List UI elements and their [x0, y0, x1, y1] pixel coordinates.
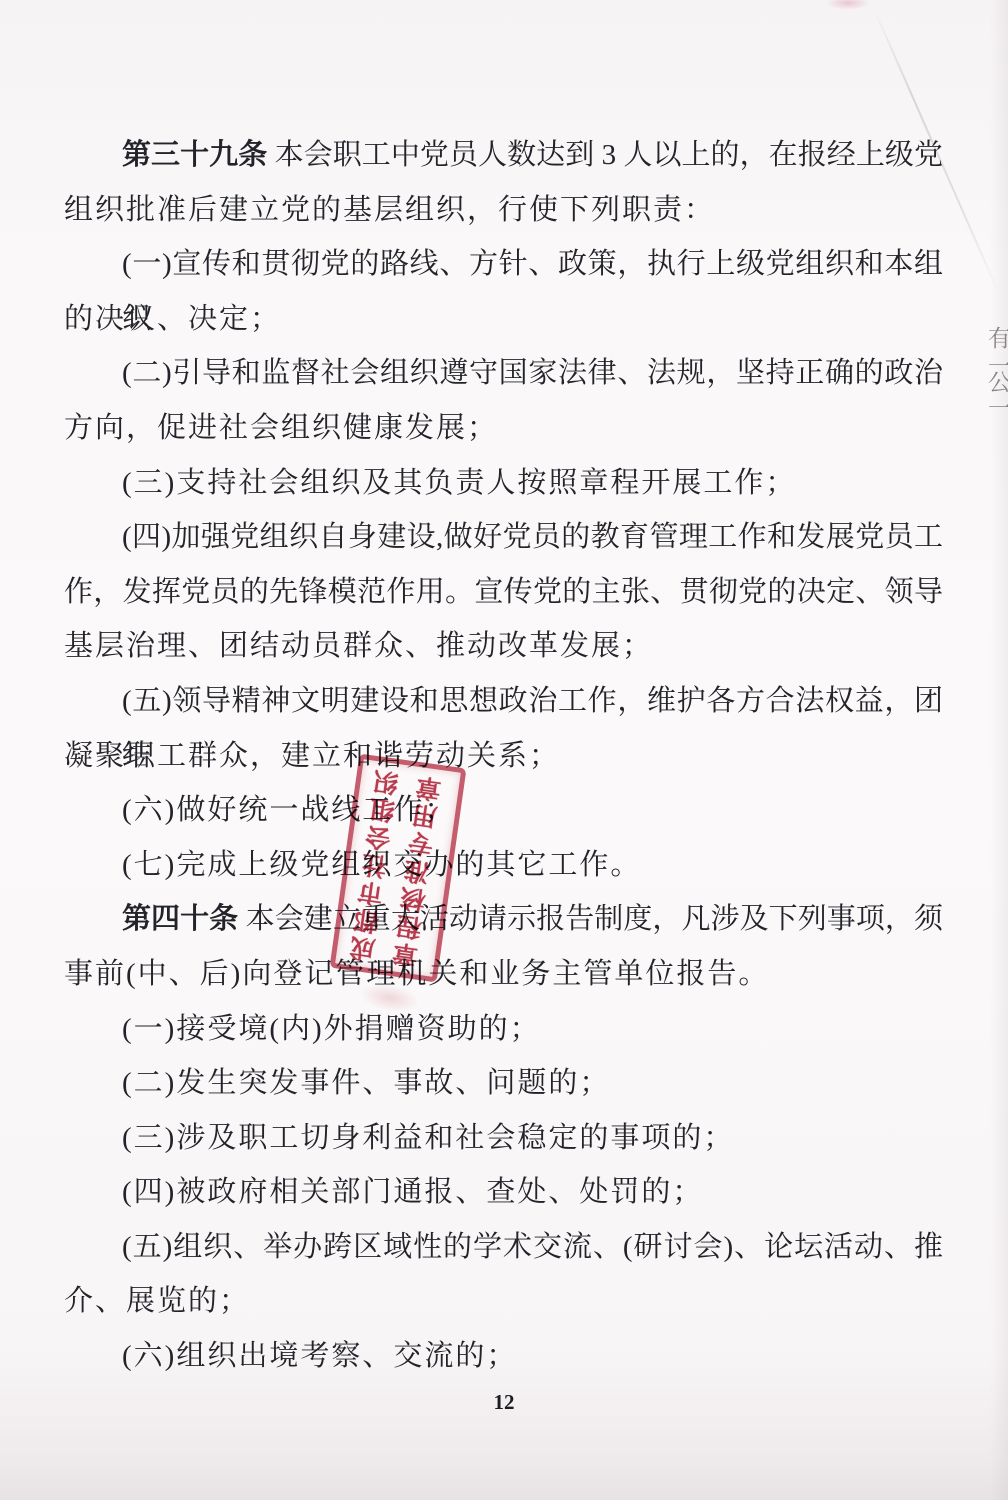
scanned-document-page: 第三十九条 本会职工中党员人数达到 3 人以上的，在报经上级党组织批准后建立党的…: [0, 0, 1008, 1500]
body-text: (二)引导和监督社会组织遵守国家法律、法规，坚持正确的政治: [122, 357, 943, 389]
body-text: 基层治理、团结动员群众、推动改革发展；: [64, 630, 653, 662]
body-text: 组织批准后建立党的基层组织，行使下列职责：: [64, 194, 715, 226]
body-text: 凝聚职工群众，建立和谐劳动关系；: [64, 740, 560, 772]
body-text: 的决议、决定；: [64, 303, 281, 335]
text-line: 组织批准后建立党的基层组织，行使下列职责：: [64, 183, 943, 238]
article-number: 第四十条: [122, 903, 246, 935]
text-line: (七)完成上级党组织交办的其它工作。: [64, 838, 943, 893]
text-line: (一)接受境(内)外捐赠资助的；: [64, 1002, 943, 1057]
text-line: 第三十九条 本会职工中党员人数达到 3 人以上的，在报经上级党: [64, 128, 943, 183]
text-line: 第四十条 本会建立重大活动请示报告制度，凡涉及下列事项，须: [64, 892, 943, 947]
text-line: (四)加强党组织自身建设,做好党员的教育管理工作和发展党员工: [64, 510, 943, 565]
stamp-text: 成都市社会组织 章程核准专用章: [342, 765, 454, 971]
text-line: 事前(中、后)向登记管理机关和业务主管单位报告。: [64, 947, 943, 1002]
text-line: (四)被政府相关部门通报、查处、处罚的；: [64, 1165, 943, 1220]
text-line: (六)组织出境考察、交流的；: [64, 1329, 943, 1384]
text-line: 方向，促进社会组织健康发展；: [64, 401, 943, 456]
body-text: (三)支持社会组织及其负责人按照章程开展工作；: [122, 467, 796, 499]
document-text-block: 第三十九条 本会职工中党员人数达到 3 人以上的，在报经上级党组织批准后建立党的…: [64, 128, 943, 1384]
text-line: 作，发挥党员的先锋模范作用。宣传党的主张、贯彻党的决定、领导: [64, 565, 943, 620]
body-text: 介、展览的；: [64, 1285, 250, 1317]
body-text: (三)涉及职工切身利益和社会稳定的事项的；: [122, 1122, 734, 1154]
text-line: (三)支持社会组织及其负责人按照章程开展工作；: [64, 456, 943, 511]
text-line: (五)组织、举办跨区域性的学术交流、(研讨会)、论坛活动、推: [64, 1220, 943, 1275]
text-line: 凝聚职工群众，建立和谐劳动关系；: [64, 729, 943, 784]
body-text: (四)被政府相关部门通报、查处、处罚的；: [122, 1176, 703, 1208]
text-line: (二)发生突发事件、事故、问题的；: [64, 1056, 943, 1111]
text-line: (三)涉及职工切身利益和社会稳定的事项的；: [64, 1111, 943, 1166]
text-line: (五)领导精神文明建设和思想政治工作，维护各方合法权益，团结: [64, 674, 943, 729]
scan-smudge: [826, 0, 870, 10]
body-text: 本会职工中党员人数达到 3 人以上的，在报经上级党: [275, 139, 943, 171]
body-text: (一)接受境(内)外捐赠资助的；: [122, 1013, 541, 1045]
body-text: 方向，促进社会组织健康发展；: [64, 412, 498, 444]
body-text: (二)发生突发事件、事故、问题的；: [122, 1067, 610, 1099]
body-text: 作，发挥党员的先锋模范作用。宣传党的主张、贯彻党的决定、领导: [64, 576, 943, 608]
article-number: 第三十九条: [122, 139, 275, 171]
body-text: (五)组织、举办跨区域性的学术交流、(研讨会)、论坛活动、推: [122, 1231, 943, 1263]
text-line: 介、展览的；: [64, 1274, 943, 1329]
body-text: (六)组织出境考察、交流的；: [122, 1340, 517, 1372]
text-line: (二)引导和监督社会组织遵守国家法律、法规，坚持正确的政治: [64, 346, 943, 401]
page-number: 12: [0, 1390, 1008, 1415]
text-line: (六)做好统一战线工作；: [64, 783, 943, 838]
body-text: (四)加强党组织自身建设,做好党员的教育管理工作和发展党员工: [122, 521, 943, 553]
edge-fragment-char: 一: [988, 390, 1008, 423]
text-line: (一)宣传和贯彻党的路线、方针、政策，执行上级党组织和本组织: [64, 237, 943, 292]
text-line: 基层治理、团结动员群众、推动改革发展；: [64, 619, 943, 674]
text-line: 的决议、决定；: [64, 292, 943, 347]
adjacent-page-edge-text: 有一公一: [982, 320, 1008, 430]
